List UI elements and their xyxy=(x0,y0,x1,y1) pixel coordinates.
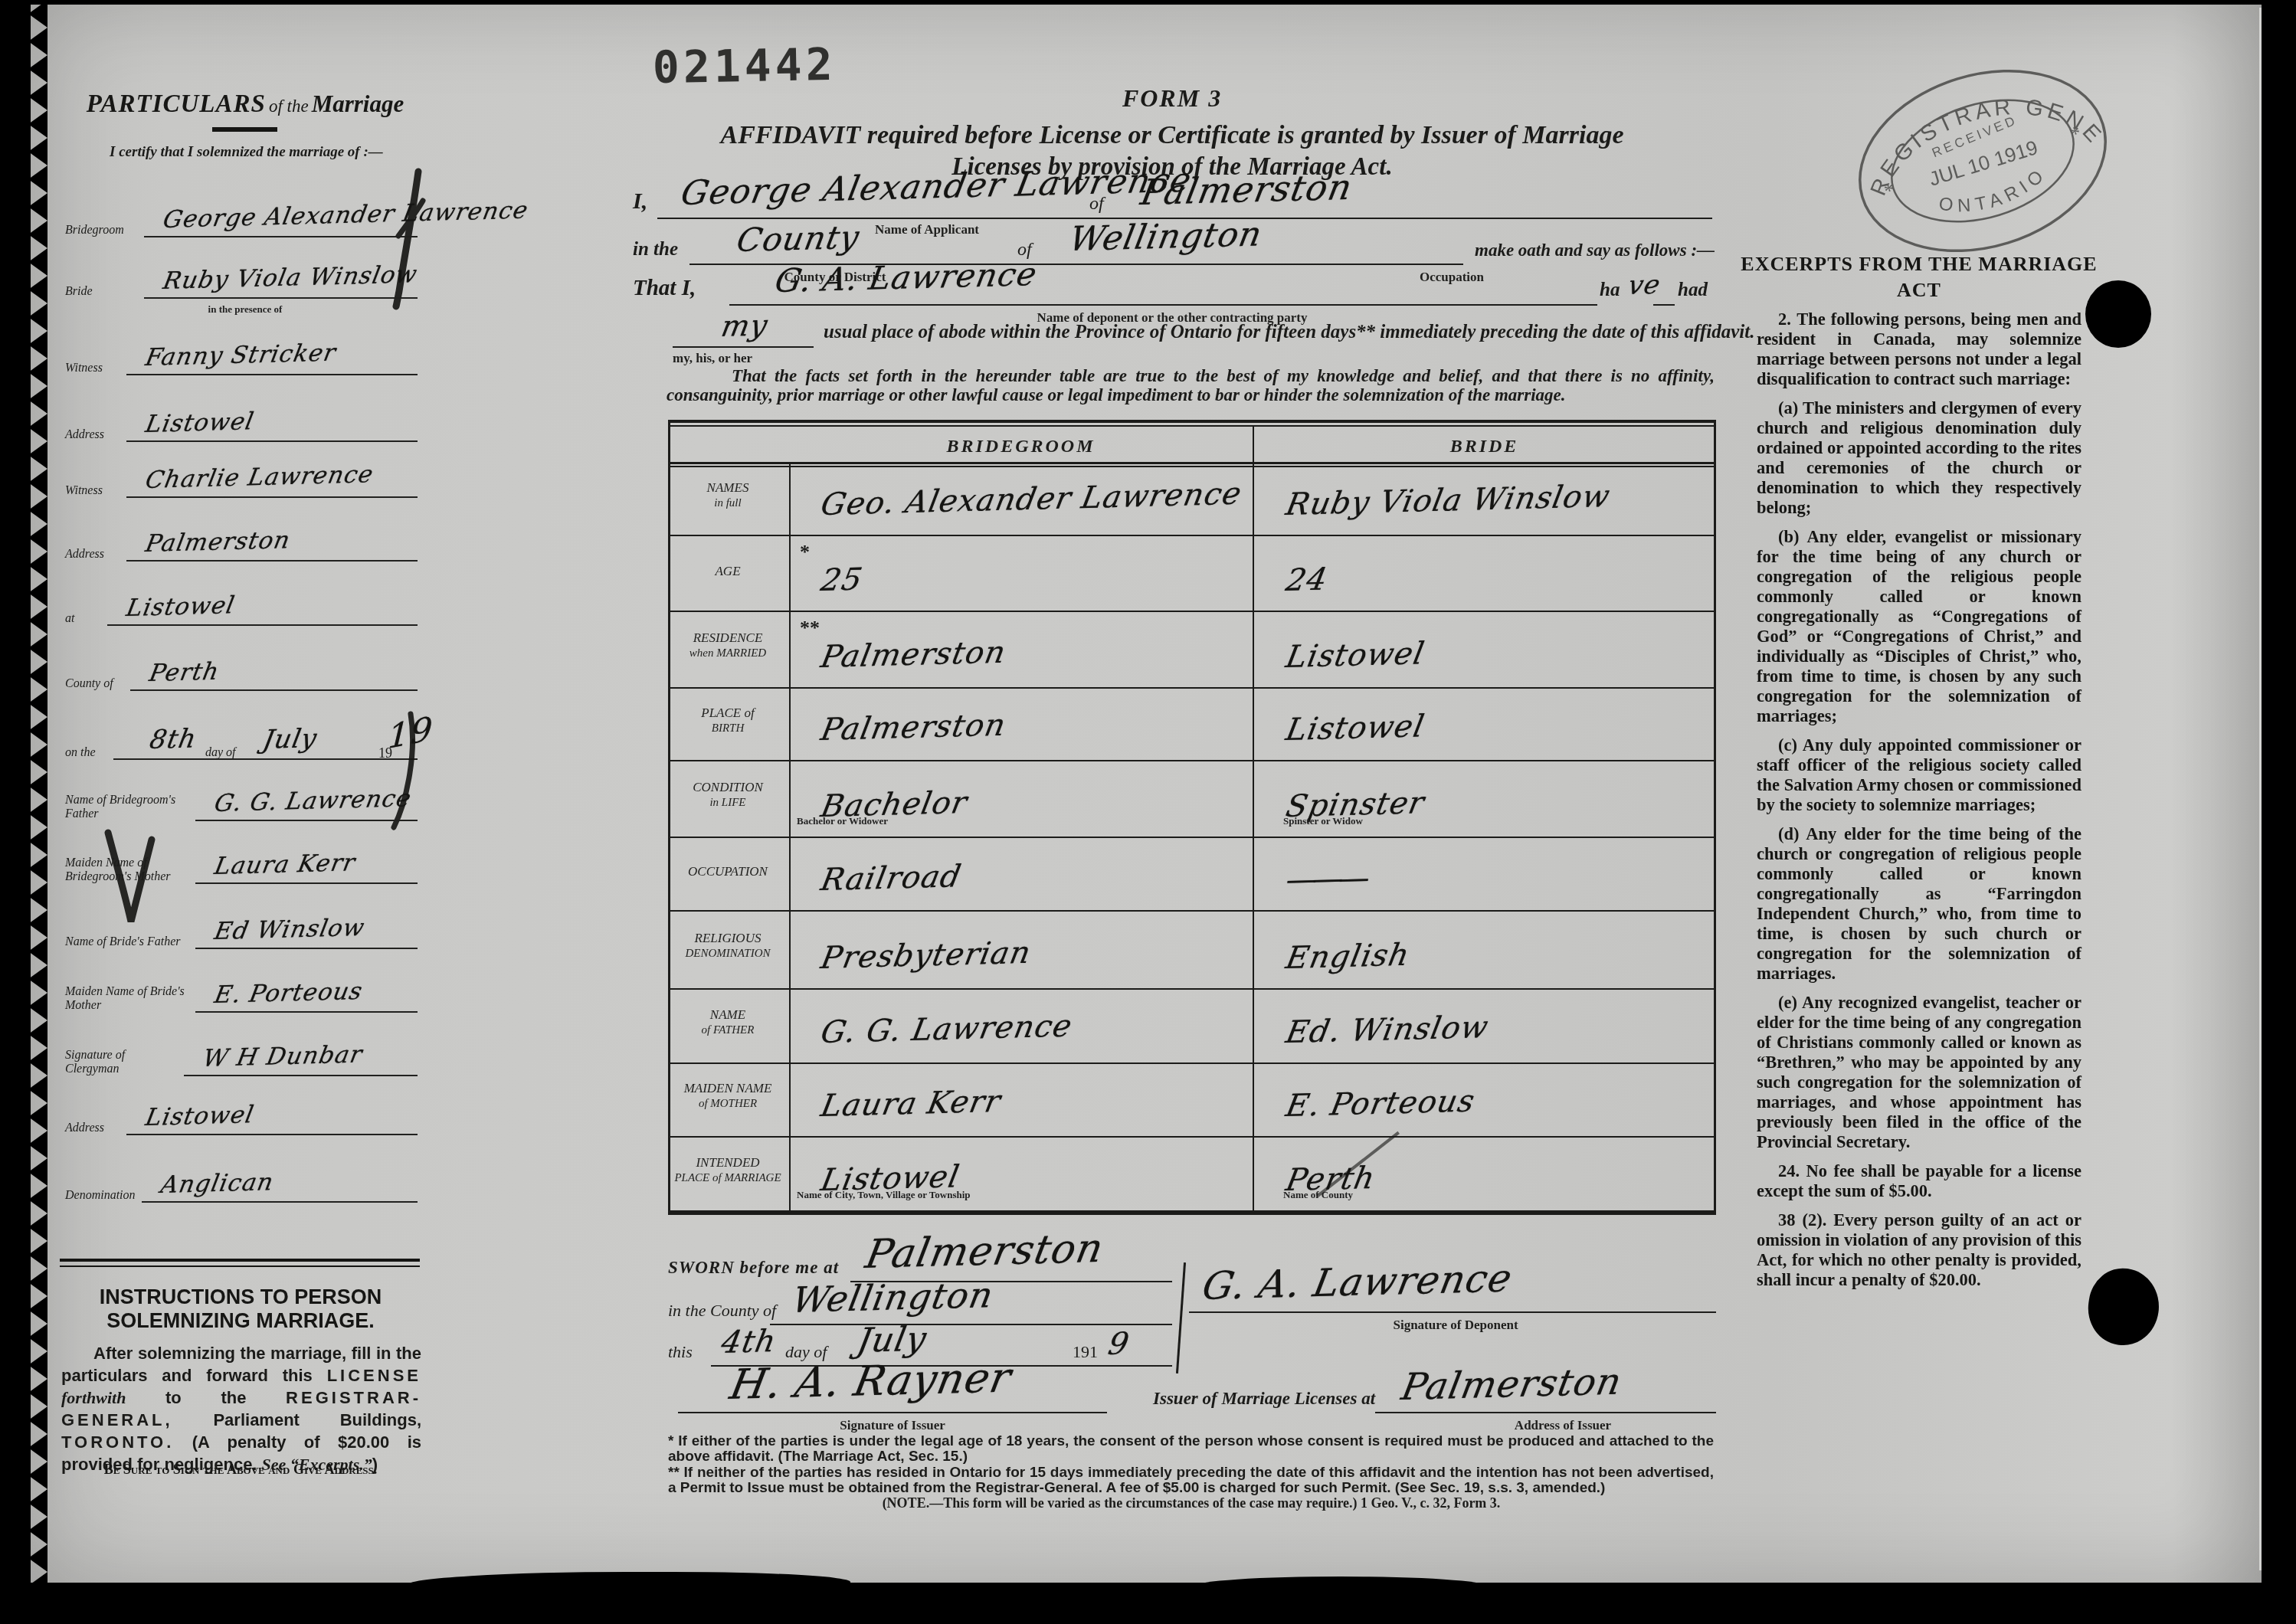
scanned-marriage-affidavit-document: 021442 PARTICULARS of the Marriage I cer… xyxy=(0,0,2296,1624)
left-field-value-handwritten: Listowel xyxy=(143,408,257,438)
left-field-rule xyxy=(144,236,418,237)
excerpt-paragraph: 24. No fee shall be payable for a licens… xyxy=(1757,1161,2081,1201)
line3-rule xyxy=(729,304,1597,306)
sworn-place-handwritten: Palmerston xyxy=(862,1226,1107,1278)
table-row-label-sub: of FATHER xyxy=(673,1023,783,1038)
left-field-rule xyxy=(130,689,418,691)
left-field-rule xyxy=(126,496,418,498)
table-row-label: INTENDEDPLACE of MARRIAGE xyxy=(673,1155,783,1186)
table-row-label: OCCUPATION xyxy=(673,864,783,879)
line1-of: of xyxy=(1089,194,1104,214)
table-bride-value-handwritten: Listowel xyxy=(1283,709,1427,748)
table-row-label: RESIDENCEwhen MARRIED xyxy=(673,630,783,661)
left-field-rule xyxy=(195,820,418,821)
instructions-body-segment: Parliament Buildings, xyxy=(173,1410,421,1429)
line3-had: had xyxy=(1678,280,1708,301)
table-row-label-top: RESIDENCE xyxy=(673,630,783,646)
excerpt-paragraph: 38 (2). Every person guilty of an act or… xyxy=(1757,1210,2081,1290)
excerpt-segment: The following persons xyxy=(1797,309,1961,329)
left-field-rule xyxy=(195,1011,418,1013)
issuer-pre: Issuer of Marriage Licenses at xyxy=(1153,1389,1375,1409)
line2-caption-occupation: Occupation xyxy=(1420,270,1484,285)
deponent-signature-rule xyxy=(1189,1311,1716,1313)
make-oath-text: make oath and say as follows :— xyxy=(1475,241,1715,260)
title-underline xyxy=(212,127,277,132)
left-field-value-handwritten: Ed Winslow xyxy=(212,914,367,945)
sworn-county-handwritten: Wellington xyxy=(789,1274,997,1321)
form-number: FORM 3 xyxy=(1122,84,1222,113)
table-groom-value-handwritten: 25 xyxy=(818,562,866,598)
affidavit-heading-line1: AFFIDAVIT required before License or Cer… xyxy=(721,121,1624,150)
date-dayof-printed: day of xyxy=(205,746,236,760)
line3-ha: ha xyxy=(1600,280,1620,301)
excerpt-segment: 24. No fee shall be payable for a licens… xyxy=(1757,1161,2081,1200)
table-bride-occupation-dash: ——— xyxy=(1283,860,1368,898)
table-row-separator xyxy=(668,1062,1716,1064)
left-field-rule xyxy=(195,882,418,884)
footnote-residence: ** If neither of the parties has resided… xyxy=(668,1465,1714,1496)
table-row-separator xyxy=(668,988,1716,990)
excerpt-segment: “Congregations of Christ,” xyxy=(1833,627,2043,646)
table-groom-value-handwritten: Palmerston xyxy=(818,635,1009,675)
table-row-label-top: RELIGIOUS xyxy=(673,931,783,946)
table-row-label-sub: in full xyxy=(673,496,783,511)
line4-text: usual place of abode within the Province… xyxy=(824,322,1754,343)
instructions-body-segment: to the xyxy=(126,1388,286,1407)
table-row-label-sub: in LIFE xyxy=(673,795,783,810)
left-field-label: Witness xyxy=(65,484,121,498)
instructions-footer: Be Sure to Sign the Above and Give Addre… xyxy=(61,1462,420,1478)
left-field-label: Name of Bride's Father xyxy=(65,935,190,949)
line3-ve-handwritten: ve xyxy=(1626,270,1663,301)
left-field-rule xyxy=(126,374,418,375)
table-row-label-sub: DENOMINATION xyxy=(673,946,783,961)
particulars-title-main: PARTICULARS xyxy=(87,90,266,118)
certify-line: I certify that I solemnized the marriage… xyxy=(110,144,383,161)
sworn-month-handwritten: July xyxy=(854,1320,930,1360)
line4-caption: my, his, or her xyxy=(673,351,752,366)
left-field-value-handwritten: Laura Kerr xyxy=(212,849,358,880)
table-border-bottom xyxy=(668,1210,1716,1215)
table-row-label-top: NAME xyxy=(673,1007,783,1023)
deponent-name-handwritten: G. A. Lawrence xyxy=(772,255,1040,300)
table-row-label-top: AGE xyxy=(673,564,783,579)
instructions-body-segment: LICENSE xyxy=(327,1366,421,1385)
table-row-label: MAIDEN NAMEof MOTHER xyxy=(673,1081,783,1112)
left-field-rule xyxy=(144,297,418,299)
left-field-value-handwritten: W H Dunbar xyxy=(201,1041,365,1072)
particulars-title-marriage: Marriage xyxy=(312,90,405,117)
table-row-label-top: NAMES xyxy=(673,480,783,496)
excerpts-paragraphs: 2. The following persons, being men and … xyxy=(1757,309,2081,1299)
table-header-bride: BRIDE xyxy=(1253,437,1716,457)
left-field-value-handwritten: Perth xyxy=(147,658,221,687)
table-header-underline-inner xyxy=(668,466,1716,467)
table-row-label-top: CONDITION xyxy=(673,780,783,795)
instructions-body-segment: $20.00 xyxy=(338,1432,389,1452)
facts-paragraph: That the facts set forth in the hereunde… xyxy=(667,366,1715,404)
excerpt-segment: (a) The ministers and clergymen of every… xyxy=(1757,398,2081,517)
applicant-place-handwritten: Palmerston xyxy=(1138,166,1356,213)
left-field-label: Bridegroom xyxy=(65,224,139,237)
left-field-value-handwritten: Listowel xyxy=(143,1101,257,1131)
table-groom-subcaption: Name of City, Town, Village or Township xyxy=(797,1189,1119,1201)
issuer-signature-rule xyxy=(678,1412,1107,1413)
table-row-label-sub: of MOTHER xyxy=(673,1096,783,1112)
table-border-top xyxy=(668,420,1716,423)
table-row-label-top: PLACE of xyxy=(673,706,783,721)
instructions-body: After solemnizing the marriage, fill in … xyxy=(61,1342,421,1475)
table-row-label: NAMEof FATHER xyxy=(673,1007,783,1038)
particulars-title: PARTICULARS of the Marriage xyxy=(87,90,404,119)
table-row-label: AGE xyxy=(673,564,783,579)
table-groom-subcaption: Bachelor or Widower xyxy=(797,815,1119,827)
left-field-value-handwritten: E. Porteous xyxy=(212,977,365,1009)
left-field-label: Address xyxy=(65,1121,121,1135)
my-handwritten: my xyxy=(719,308,771,343)
table-row-separator xyxy=(668,837,1716,838)
line3-rule2 xyxy=(1653,304,1675,306)
table-bride-value-handwritten: Listowel xyxy=(1283,636,1427,675)
excerpts-heading-line2: ACT xyxy=(1897,279,1941,302)
table-row-separator xyxy=(668,611,1716,612)
left-field-label: Address xyxy=(65,548,121,562)
excerpt-segment: “Disciples of Christ,” xyxy=(1875,647,2039,666)
table-groom-value-handwritten: G. G. Lawrence xyxy=(818,1009,1075,1050)
line4-rule xyxy=(673,346,814,348)
deponent-signature-caption: Signature of Deponent xyxy=(1393,1318,1518,1333)
table-row-label-top: INTENDED xyxy=(673,1155,783,1171)
table-row-label-top: MAIDEN NAME xyxy=(673,1081,783,1096)
issuer-address-caption: Address of Issuer xyxy=(1515,1418,1611,1433)
excerpt-paragraph: 2. The following persons, being men and … xyxy=(1757,309,2081,389)
table-row-label-sub: BIRTH xyxy=(673,721,783,736)
excerpt-paragraph: (d) Any elder for the time being of the … xyxy=(1757,824,2081,984)
left-field-label: County of xyxy=(65,677,125,691)
left-field-value-handwritten: G. G. Lawrence xyxy=(212,784,414,817)
table-bride-value-handwritten: English xyxy=(1283,938,1413,976)
table-row-separator xyxy=(668,1136,1716,1138)
excerpt-segment: Salvation Army xyxy=(1784,775,1900,794)
table-row-separator xyxy=(668,910,1716,912)
date-row-rule xyxy=(113,758,418,760)
table-row-separator xyxy=(668,760,1716,761)
line3-pre: That I, xyxy=(633,276,696,301)
line1-caption: Name of Applicant xyxy=(875,222,979,237)
table-row-label: NAMESin full xyxy=(673,480,783,511)
instructions-heading: INSTRUCTIONS TO PERSON SOLEMNIZING MARRI… xyxy=(61,1285,420,1333)
table-row-label: PLACE ofBIRTH xyxy=(673,706,783,736)
table-bride-value-handwritten: 24 xyxy=(1283,562,1331,598)
page-right-edge xyxy=(2259,8,2262,1570)
line1-pre: I, xyxy=(633,188,647,214)
table-groom-value-handwritten: Palmerston xyxy=(818,708,1009,748)
left-field-label: Name of Bridegroom's Father xyxy=(65,794,190,821)
issuer-signature-caption: Signature of Issuer xyxy=(840,1418,945,1433)
instructions-body-segment: TORONTO. xyxy=(61,1432,174,1452)
instructions-body-segment: (A penalty of xyxy=(174,1432,338,1452)
sworn-county-pre: in the County of xyxy=(668,1301,776,1321)
left-field-value-handwritten: Fanny Stricker xyxy=(143,339,339,372)
table-groom-value-handwritten: Presbyterian xyxy=(818,935,1034,976)
sworn-day-handwritten: 4th xyxy=(719,1324,779,1360)
left-field-label: Maiden Name of Bride's Mother xyxy=(65,985,190,1013)
table-groom-value-handwritten: Laura Kerr xyxy=(818,1084,1004,1124)
excerpt-segment: “Brethren,” xyxy=(1757,1053,1845,1072)
date-day-handwritten: 8th xyxy=(147,723,199,755)
table-footnote-marker: * xyxy=(800,541,810,564)
excerpt-paragraph: (e) Any recognized evangelist, teacher o… xyxy=(1757,993,2081,1152)
left-field-label: Denomination xyxy=(65,1189,136,1203)
excerpt-segment: (e) Any recognized evangelist, teacher o… xyxy=(1757,993,2081,1052)
left-field-rule xyxy=(107,624,418,626)
date-month-handwritten: July xyxy=(260,723,319,755)
excerpt-paragraph: (c) Any duly appointed commissioner or s… xyxy=(1757,735,2081,815)
table-border-top-inner xyxy=(668,425,1716,427)
left-field-rule xyxy=(142,1201,418,1203)
section-divider-double-rule xyxy=(60,1259,420,1267)
line2-pre: in the xyxy=(633,239,678,260)
sworn-pre: SWORN before me at xyxy=(668,1258,839,1278)
left-field-label: Witness xyxy=(65,362,121,375)
county-handwritten: County xyxy=(734,218,863,259)
excerpt-paragraph: (b) Any elder, evangelist or missionary … xyxy=(1757,527,2081,726)
excerpt-segment: 2. xyxy=(1778,309,1797,329)
left-field-rule xyxy=(126,1134,418,1135)
issuer-signature-handwritten: H. A. Rayner xyxy=(726,1353,1016,1409)
left-field-rule xyxy=(126,440,418,442)
table-row-label-sub: when MARRIED xyxy=(673,646,783,661)
left-field-label: at xyxy=(65,612,102,626)
left-field-label: Address xyxy=(65,428,121,442)
sworn-county-rule xyxy=(770,1324,1172,1325)
footnote-consent: * If either of the parties is under the … xyxy=(668,1434,1714,1465)
table-divider-center xyxy=(1253,426,1254,1210)
left-field-label: Bride xyxy=(65,285,139,299)
deponent-signature-handwritten: G. A. Lawrence xyxy=(1199,1256,1516,1308)
registrar-received-stamp: REGISTRAR GENERAL ONTARIO RECEIVED JUL 1… xyxy=(1845,61,2121,264)
left-field-label: Maiden Name of Bridegroom's Mother xyxy=(65,856,190,884)
left-field-rule xyxy=(126,560,418,562)
table-bride-value-handwritten: E. Porteous xyxy=(1283,1084,1478,1124)
table-row-separator xyxy=(668,535,1716,536)
table-footnote-marker: ** xyxy=(800,617,820,640)
deckle-edge-decoration xyxy=(21,0,47,1624)
issuer-place-handwritten: Palmerston xyxy=(1398,1360,1626,1409)
instructions-body-segment: forthwith xyxy=(61,1388,126,1407)
particulars-title-of-the: of the xyxy=(269,97,309,116)
serial-number-stamp: 021442 xyxy=(652,38,837,93)
hole-punch-top xyxy=(2085,280,2151,348)
footnote-note: (NOTE.—This form will be varied as the c… xyxy=(667,1495,1716,1511)
excerpt-paragraph: (a) The ministers and clergymen of every… xyxy=(1757,398,2081,518)
county-name-handwritten: Wellington xyxy=(1066,215,1266,259)
excerpt-segment: or xyxy=(1797,627,1834,646)
table-border-right xyxy=(1714,420,1716,1210)
table-groom-value-handwritten: Railroad xyxy=(818,859,965,898)
table-row-label-sub: PLACE of MARRIAGE xyxy=(673,1171,783,1186)
left-field-value-handwritten: Anglican xyxy=(159,1168,276,1199)
left-field-rule xyxy=(184,1075,418,1076)
sworn-this: this xyxy=(668,1342,693,1362)
table-border-left xyxy=(668,420,670,1210)
table-row-separator xyxy=(668,687,1716,689)
left-field-value-handwritten: Listowel xyxy=(124,591,237,622)
table-bride-value-handwritten: Ed. Winslow xyxy=(1283,1010,1492,1050)
left-field-rule xyxy=(195,948,418,949)
date-row-label: on the xyxy=(65,746,96,760)
table-row-label: RELIGIOUSDENOMINATION xyxy=(673,931,783,961)
table-header-underline xyxy=(668,462,1716,464)
sworn-year-printed: 191 xyxy=(1073,1342,1098,1362)
issuer-address-rule xyxy=(1375,1412,1716,1413)
table-header-bridegroom: BRIDEGROOM xyxy=(789,437,1253,457)
left-field-value-handwritten: Palmerston xyxy=(143,526,293,558)
excerpt-segment: 38 (2). Every person guilty of an act or… xyxy=(1757,1210,2081,1289)
table-row-label: CONDITIONin LIFE xyxy=(673,780,783,810)
table-bride-subcaption: Spinster or Widow xyxy=(1283,815,1513,827)
table-row-label-top: OCCUPATION xyxy=(673,864,783,879)
in-presence-of-caption: in the presence of xyxy=(180,303,310,316)
left-field-label: Signature of Clergyman xyxy=(65,1049,179,1076)
